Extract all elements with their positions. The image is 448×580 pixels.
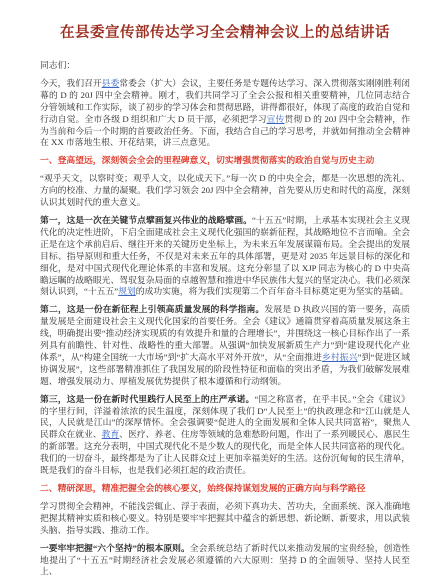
bold-lead-sentence: 第三，这是一份在新时代里践行人民至上的庄严承诺。: [40, 394, 255, 404]
paragraph-point-third: 第三，这是一份在新时代里践行人民至上的庄严承诺。“国之称富者，在乎丰民。”全会《…: [40, 394, 410, 477]
paragraph-point-one: 一要牢牢把握“六个坚持”的根本原则。全会系统总结了新时代以来推动发展的宝贵经验，…: [40, 543, 410, 579]
bold-lead-sentence: 第一，这是一次在关键节点擘画复兴伟业的战略擘画。: [40, 215, 252, 225]
link-rural-revitalization[interactable]: 乡村振兴: [322, 352, 358, 362]
salutation: 同志们：: [40, 60, 410, 72]
document-page: 在县委宣传部传达学习全会精神会议上的总结讲话 同志们： 今天，我们召开县委常委会…: [0, 0, 448, 580]
paragraph-section2-lead: 学习贯彻全会精神，不能浅尝辄止、浮于表面，必须下真功夫、苦功夫，全面系统、深入准…: [40, 501, 410, 537]
link-county-committee[interactable]: 县委: [102, 78, 120, 88]
link-publicity[interactable]: 宣传: [267, 114, 285, 124]
text-run: “十五五”时期，上承基本实现社会主义现代化的决定性进阶，下启全面建成社会主义现代…: [40, 215, 410, 296]
bold-lead-sentence: 一要牢牢把握“六个坚持”的根本原则。: [40, 543, 190, 553]
section2-heading: 二、精研深思，精准把握全会的核心要义，始终保持谋划发展的正确方向与科学路径: [40, 483, 410, 495]
text-run: 的成功实施，将为我们实现第二个百年奋斗目标奠定更为坚实的基础。: [136, 286, 409, 296]
paragraph-section1-lead: “观乎天文，以察时变；观乎人文，以化成天下。”每一次 D 的中央全会，都是一次思…: [40, 173, 410, 209]
link-education[interactable]: 教育: [102, 429, 120, 439]
bold-lead-sentence: 第二，这是一份在新征程上引领高质量发展的科学指南。: [40, 304, 264, 314]
paragraph-point-first: 第一，这是一次在关键节点擘画复兴伟业的战略擘画。“十五五”时期，上承基本实现社会…: [40, 215, 410, 298]
link-plan[interactable]: 规划: [118, 286, 136, 296]
document-title: 在县委宣传部传达学习全会精神会议上的总结讲话: [40, 24, 410, 42]
section1-heading: 一、登高望远，深刻领会全会的里程碑意义，切实增强贯彻落实的政治自觉与历史主动: [40, 155, 410, 167]
text-run: 今天，我们召开: [40, 78, 102, 88]
paragraph-intro: 今天，我们召开县委常委会（扩大）会议，主要任务是专题传达学习、深入贯彻落实刚刚胜…: [40, 78, 410, 149]
paragraph-point-second: 第二，这是一份在新征程上引领高质量发展的科学指南。发展是 D 执政兴国的第一要务…: [40, 304, 410, 387]
